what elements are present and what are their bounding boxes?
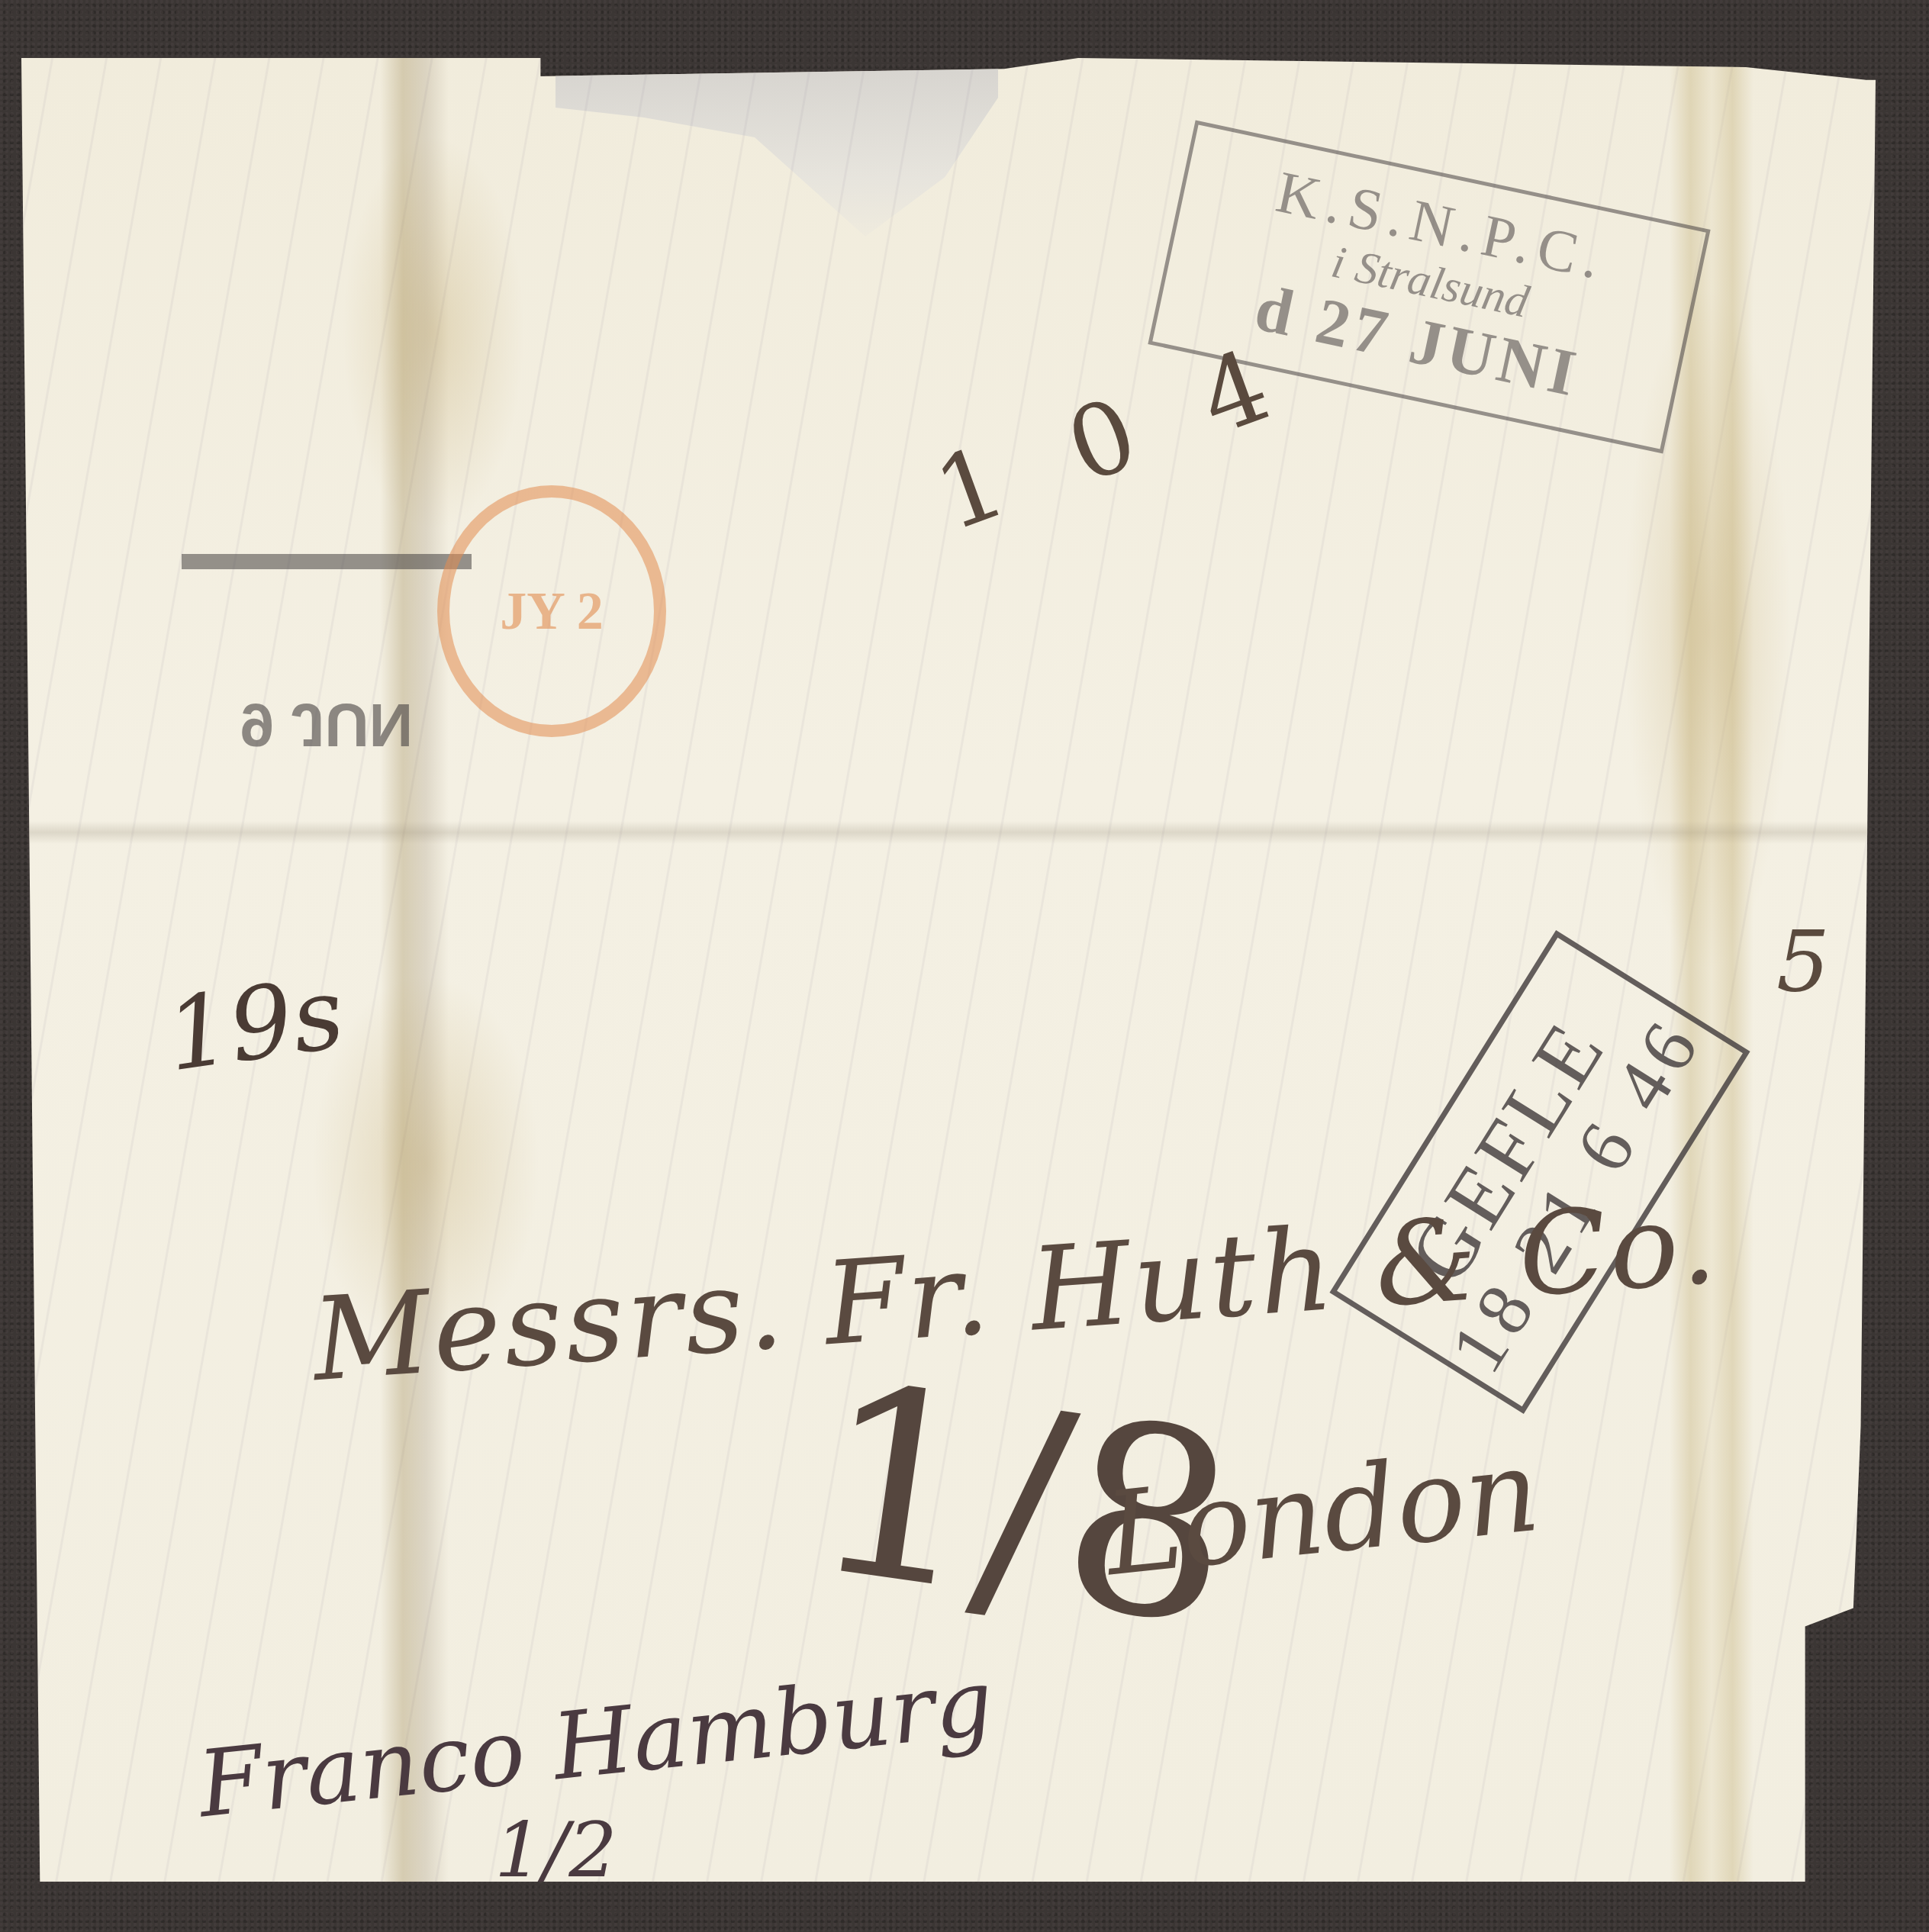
- fold-line-horizontal: [21, 821, 1876, 844]
- offset-postmark-text: 9 JUN: [174, 690, 479, 760]
- manuscript-rate-19: 19s: [159, 955, 351, 1094]
- red-circular-datestamp: JY 2: [437, 485, 666, 737]
- mirror-offset-postmark: 9 JUN: [174, 531, 479, 760]
- manuscript-margin-mark: 5: [1776, 913, 1830, 1010]
- red-cds-text: JY 2: [500, 582, 603, 641]
- letter-sheet: 9 JUN JY 2 K.S.N.P.C. i Stralsund d 27 J…: [21, 58, 1876, 1882]
- foxing-stain: [342, 134, 525, 531]
- manuscript-fraction: 1/2: [494, 1805, 617, 1882]
- offset-postmark-bar: [182, 554, 472, 569]
